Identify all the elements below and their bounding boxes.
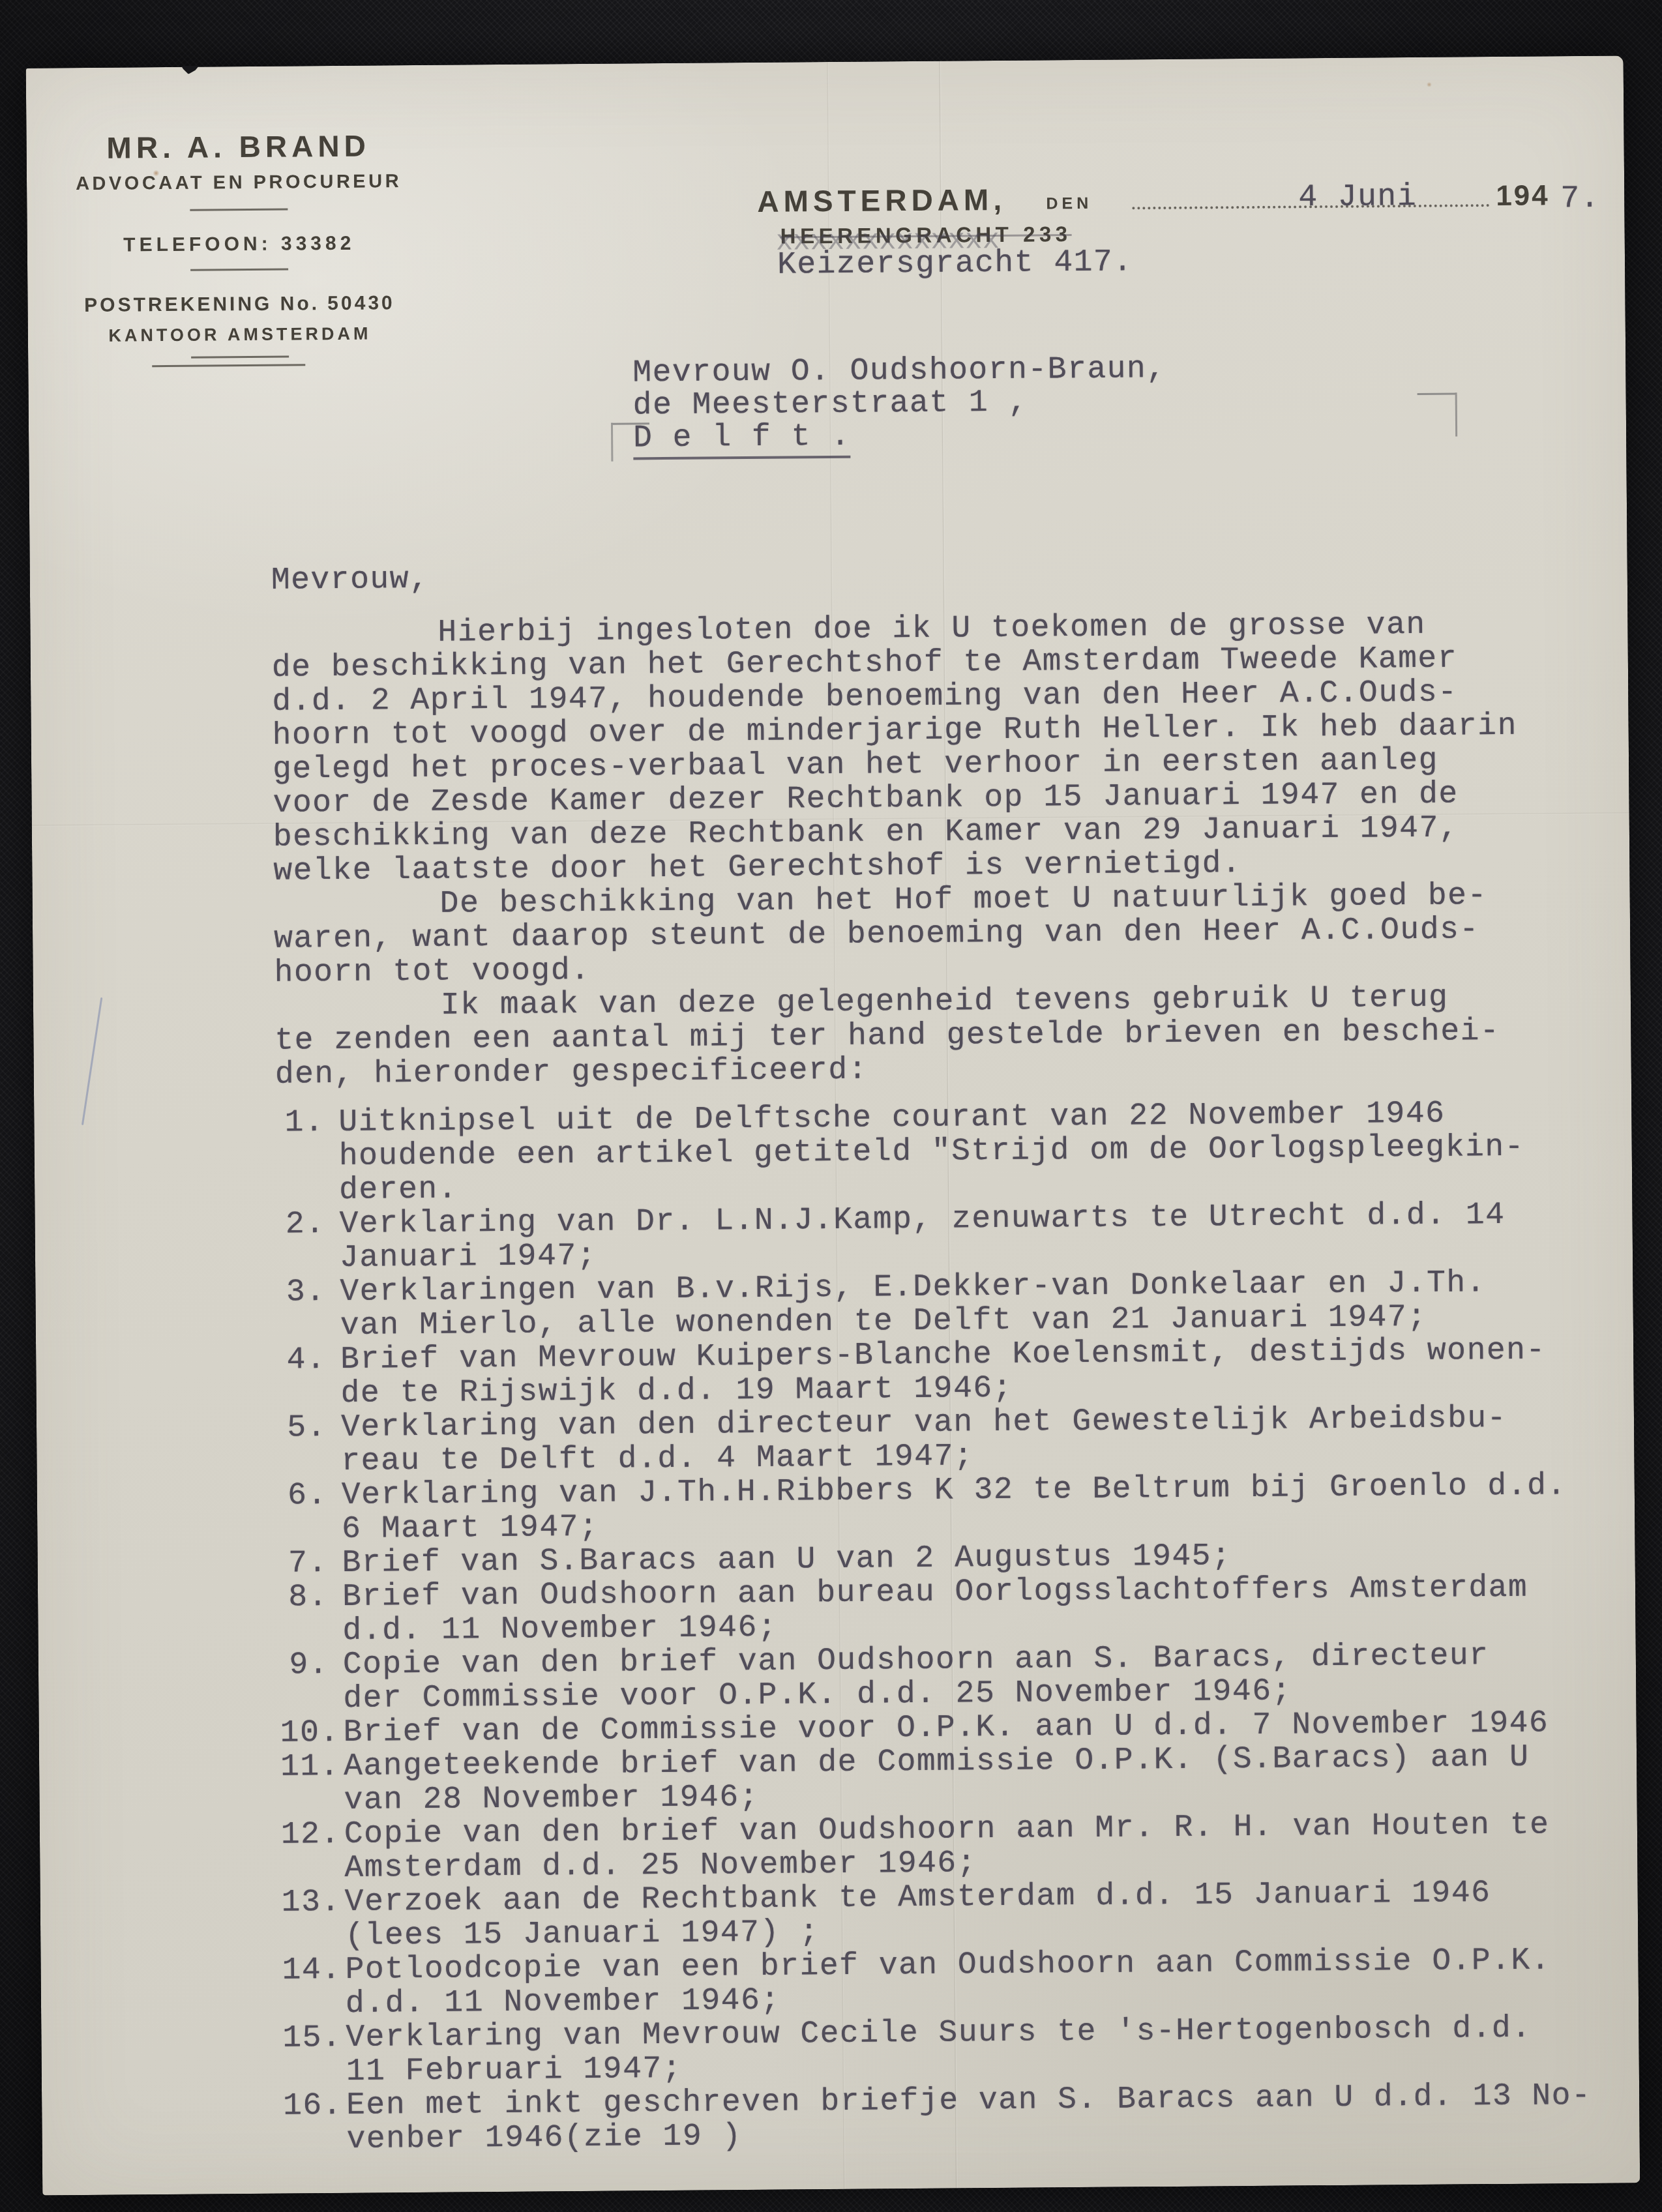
letterhead-name: MR. A. BRAND xyxy=(75,128,401,166)
letterhead-phone: TELEFOON: 33382 xyxy=(76,232,402,257)
recipient-city: D e l f t . xyxy=(633,420,851,460)
list-item-number: 2. xyxy=(276,1207,325,1276)
list-item-text: Brief van Oudshoorn aan bureau Oorlogssl… xyxy=(342,1571,1528,1648)
letterhead-rule xyxy=(152,364,305,367)
list-item-text: Een met inkt geschreven briefje van S. B… xyxy=(346,2079,1592,2157)
list-item-text: Verzoek aan de Rechtbank te Amsterdam d.… xyxy=(345,1876,1491,1953)
letterhead: MR. A. BRAND ADVOCAAT EN PROCUREUR TELEF… xyxy=(75,128,401,130)
list-item: 13. Verzoek aan de Rechtbank te Amsterda… xyxy=(282,1875,1635,1953)
dateline: AMSTERDAM, DEN 4 Juni 194 7. xyxy=(757,172,1605,216)
dateline-year-typed: 7. xyxy=(1560,183,1600,214)
letterhead-rule xyxy=(190,269,288,271)
letterhead-postal-account: POSTREKENING No. 50430 xyxy=(76,292,402,317)
list-item: 6. Verklaring van J.Th.H.Ribbers K 32 te… xyxy=(278,1468,1632,1546)
recipient-street: de Meesterstraat 1 , xyxy=(633,385,1167,422)
list-item-number: 7. xyxy=(278,1546,327,1581)
enclosures-list: 1. Uitknipsel uit de Delftsche courant v… xyxy=(275,1095,1637,2157)
list-item-number: 9. xyxy=(280,1648,329,1717)
list-item-number: 16. xyxy=(283,2089,333,2157)
pencil-corner-mark-left xyxy=(611,422,649,461)
letter-paper: MR. A. BRAND ADVOCAAT EN PROCUREUR TELEF… xyxy=(26,55,1640,2195)
list-item-text: Verklaring van den directeur van het Gew… xyxy=(341,1402,1507,1479)
letter-body: Mevrouw, Hierbij ingesloten doe ik U toe… xyxy=(271,553,1637,2157)
salutation: Mevrouw, xyxy=(271,553,1624,597)
letterhead-rule xyxy=(191,356,289,359)
list-item-number: 15. xyxy=(282,2021,332,2089)
list-item-number: 14. xyxy=(282,1953,331,2022)
rust-fleck-small xyxy=(1427,82,1432,87)
dateline-den-label: DEN xyxy=(1046,196,1092,213)
list-item-number: 13. xyxy=(282,1885,331,1954)
list-item-number: 10. xyxy=(280,1716,329,1750)
recipient-name: Mevrouw O. Oudshoorn-Braun, xyxy=(632,353,1166,389)
list-item-text: Copie van den brief van Oudshoorn aan Mr… xyxy=(344,1808,1550,1885)
list-item-text: Uitknipsel uit de Delftsche courant van … xyxy=(338,1097,1524,1207)
list-item: 14. Potloodcopie van een brief van Oudsh… xyxy=(282,1943,1635,2021)
blue-pencil-mark xyxy=(82,997,102,1125)
list-item-text: Verklaring van Dr. L.N.J.Kamp, zenuwarts… xyxy=(339,1198,1506,1275)
list-item-number: 1. xyxy=(275,1106,325,1208)
list-item-number: 12. xyxy=(281,1818,331,1886)
list-item-number: 6. xyxy=(278,1479,328,1547)
list-item: 9. Copie van den brief van Oudshoorn aan… xyxy=(280,1638,1633,1716)
list-item: 15. Verklaring van Mevrouw Cecile Suurs … xyxy=(282,2011,1636,2089)
list-item-text: Copie van den brief van Oudshoorn aan S.… xyxy=(343,1639,1489,1716)
list-item: 1. Uitknipsel uit de Delftsche courant v… xyxy=(275,1095,1629,1207)
list-item: 4. Brief van Mevrouw Kuipers-Blanche Koe… xyxy=(277,1333,1631,1411)
list-item-text: Aangeteekende brief van de Commissie O.P… xyxy=(344,1741,1530,1818)
scanned-letter-page: { "colors":{"paper":"#d8d5cb","ink_typed… xyxy=(0,0,1662,2212)
list-item-number: 4. xyxy=(277,1343,327,1411)
paragraph-2: De beschikking van het Hof moet U natuur… xyxy=(274,877,1627,990)
letterhead-rule xyxy=(190,209,288,211)
paragraph-3: Ik maak van deze gelegenheid tevens gebr… xyxy=(275,979,1628,1091)
letterhead-title: ADVOCAAT EN PROCUREUR xyxy=(76,171,402,195)
list-item-text: Brief van Mevrouw Kuipers-Blanche Koelen… xyxy=(340,1333,1546,1411)
paragraph-1: Hierbij ingesloten doe ik U toekomen de … xyxy=(271,606,1626,888)
list-item-number: 11. xyxy=(280,1750,330,1818)
sender-new-street: Keizersgracht 417. xyxy=(777,245,1133,282)
list-item: 5. Verklaring van den directeur van het … xyxy=(278,1400,1631,1479)
dateline-typed-date: 4 Juni xyxy=(1298,181,1417,213)
list-item: 12. Copie van den brief van Oudshoorn aa… xyxy=(281,1807,1635,1885)
list-item-text: Verklaring van J.Th.H.Ribbers K 32 te Be… xyxy=(342,1469,1567,1546)
list-item: 8. Brief van Oudshoorn aan bureau Oorlog… xyxy=(279,1570,1633,1648)
list-item-text: Verklaringen van B.v.Rijs, E.Dekker-van … xyxy=(340,1266,1486,1343)
dateline-year-printed: 194 xyxy=(1496,181,1550,211)
letterhead-office: KANTOOR AMSTERDAM xyxy=(77,323,403,346)
pencil-corner-mark-right xyxy=(1417,392,1458,436)
list-item-text: Verklaring van Mevrouw Cecile Suurs te '… xyxy=(346,2012,1532,2089)
dateline-city: AMSTERDAM, xyxy=(757,184,1006,216)
paper-edge-tear xyxy=(181,66,200,74)
list-item-text: Potloodcopie van een brief van Oudshoorn… xyxy=(345,1943,1551,2021)
list-item: 16. Een met inkt geschreven briefje van … xyxy=(283,2078,1637,2157)
list-item-number: 8. xyxy=(279,1580,329,1649)
list-item: 11. Aangeteekende brief van de Commissie… xyxy=(280,1739,1634,1818)
list-item-number: 3. xyxy=(276,1275,326,1344)
list-item: 2. Verklaring van Dr. L.N.J.Kamp, zenuwa… xyxy=(276,1197,1629,1275)
recipient-address: Mevrouw O. Oudshoorn-Braun, de Meesterst… xyxy=(632,353,1166,454)
list-item-number: 5. xyxy=(278,1411,327,1479)
list-item: 3. Verklaringen van B.v.Rijs, E.Dekker-v… xyxy=(276,1265,1630,1343)
